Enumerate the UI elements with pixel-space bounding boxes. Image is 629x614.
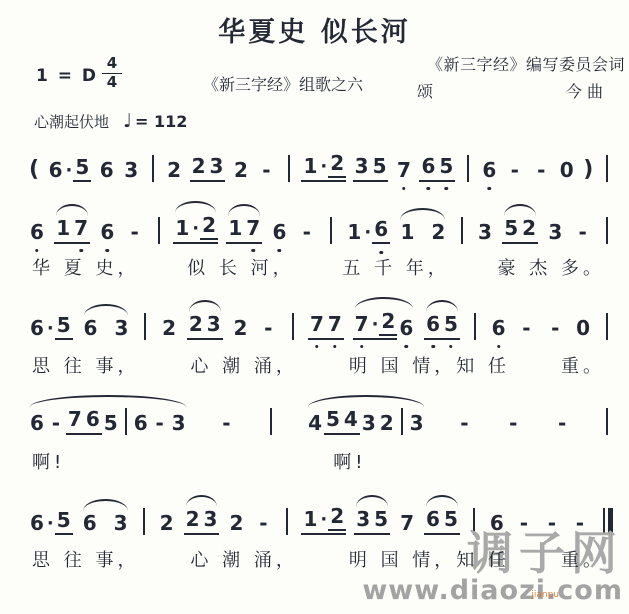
note: 5 <box>442 508 460 531</box>
note: 3 <box>546 221 564 244</box>
note: 2 <box>184 508 202 531</box>
note: 5 <box>55 509 73 535</box>
lyric-phrase: 思 往 事， <box>32 546 139 572</box>
octave-dot-low <box>79 249 83 253</box>
augmentation-dot: · <box>191 219 200 240</box>
note: 2 <box>187 313 205 336</box>
barline <box>144 313 146 340</box>
barline <box>152 155 154 182</box>
note: 3 <box>353 155 371 178</box>
note-group: 6·5 <box>28 509 73 535</box>
octave-dot-low <box>405 345 409 349</box>
note: 5 <box>442 313 460 336</box>
augmentation-dot: · <box>65 161 74 182</box>
slur-arc <box>426 495 458 507</box>
quarter-note-icon: ♩ <box>109 110 135 132</box>
slur-arc <box>83 499 128 511</box>
augmentation-dot: · <box>371 315 380 336</box>
key-signature: 1 = D <box>36 66 98 86</box>
note-group: 1·2 <box>301 505 346 535</box>
time-signature-denominator: 4 <box>102 74 122 91</box>
note: 2 <box>165 159 183 182</box>
octave-dot-low <box>402 187 406 191</box>
duration-dash: - <box>125 221 145 244</box>
lyric-phrase: 思 往 事， <box>32 352 139 378</box>
octave-dot-low <box>315 345 319 349</box>
barline <box>288 155 290 182</box>
barline <box>606 155 608 182</box>
note: 7 <box>244 217 262 240</box>
time-signature-numerator: 4 <box>102 56 122 74</box>
octave-dot-low <box>360 345 364 349</box>
note-group: 12 <box>398 221 447 244</box>
slur-arc <box>228 204 260 216</box>
note: 2 <box>200 214 218 240</box>
note: 3 <box>408 412 426 435</box>
note: 2 <box>232 317 250 340</box>
duration-dash: - <box>454 412 474 435</box>
note: 3 <box>205 313 223 336</box>
rest-note: 0 <box>558 159 576 182</box>
barline <box>286 508 288 535</box>
note: 6 <box>490 317 508 340</box>
note: 6 <box>424 508 442 531</box>
note: 7 <box>326 313 344 336</box>
barline <box>401 408 403 435</box>
note: 6 <box>28 412 46 435</box>
note-group: 1·6 <box>345 218 390 244</box>
barline <box>270 408 272 435</box>
note: 2 <box>232 159 250 182</box>
note: 2 <box>190 155 208 178</box>
octave-dot-low <box>333 345 337 349</box>
note: 3 <box>354 508 372 531</box>
slur-arc <box>189 300 221 312</box>
lyrics-line-3: 啊!啊! <box>32 448 605 474</box>
lyric-phrase: 华 夏 史， <box>32 254 139 280</box>
note: 6 <box>132 412 150 435</box>
slur-arc <box>426 300 458 312</box>
duration-dash: - <box>516 317 536 340</box>
time-signature: 4 4 <box>102 56 122 91</box>
note: 3 <box>360 412 378 435</box>
note: 7 <box>353 313 371 336</box>
note-group: 76 <box>66 408 102 435</box>
duration-dash: - <box>258 317 278 340</box>
lyrics-line-1: 华 夏 史，似 长 河，五 千 年，豪 杰 多。 <box>32 254 605 280</box>
lyrics-line-4: 思 往 事，心 潮 涌，明 国 情，知 任重。 <box>32 546 605 572</box>
note: 7 <box>395 159 413 182</box>
note-group: 77 <box>308 313 344 340</box>
note: 1 <box>398 221 416 244</box>
augmentation-dot: · <box>363 223 372 244</box>
duration-dash: - <box>150 412 170 435</box>
composer-name-last: 今 曲 <box>566 79 603 102</box>
series-label: 《新三字经》组歌之六 <box>168 72 398 95</box>
octave-dot-low <box>497 345 501 349</box>
duration-dash: - <box>297 221 317 244</box>
duration-dash: - <box>552 412 572 435</box>
slur-arc <box>84 304 129 316</box>
note: 3 <box>208 155 226 178</box>
note: 5 <box>437 155 455 178</box>
note: 6 <box>81 512 99 535</box>
augmentation-dot: · <box>319 157 328 178</box>
octave-dot-low <box>278 249 282 253</box>
score-line-3: 6-7656-3-454323--- <box>28 408 613 435</box>
note-group: 17 <box>54 217 90 244</box>
note: 5 <box>502 217 520 240</box>
note-group: 63 <box>81 512 130 535</box>
note: 2 <box>429 221 447 244</box>
slur-arc <box>356 495 388 507</box>
note: 6 <box>480 159 498 182</box>
slur-arc <box>175 201 216 213</box>
note: 6 <box>28 512 46 535</box>
barline <box>474 313 476 340</box>
note: 5 <box>102 412 120 435</box>
slur-arc <box>400 208 445 220</box>
octave-dot-low <box>251 249 255 253</box>
octave-dot-low <box>106 249 110 253</box>
note-group: 23 <box>187 313 223 340</box>
barline <box>461 217 463 244</box>
tempo-expression: 心潮起伏地 <box>34 113 109 131</box>
note: 3 <box>476 221 494 244</box>
score-line-2: 6·5632232-777·26656--0 <box>28 310 613 340</box>
lyrics-line-2: 思 往 事，心 潮 涌，明 国 情，知 任重。 <box>32 352 605 378</box>
slur-arc <box>308 395 424 407</box>
lyric-phrase: 五 千 年， <box>342 254 449 280</box>
note-group: 52 <box>502 217 538 244</box>
tempo-marking: 心潮起伏地♩= 112 <box>34 110 187 132</box>
note: 2 <box>379 310 397 336</box>
note: 7 <box>72 217 90 240</box>
music-sheet: 华夏史 似长河 1 = D 4 4 《新三字经》组歌之六 《新三字经》编写委员会… <box>0 0 629 614</box>
note-group: 23 <box>190 155 226 182</box>
note: 7 <box>308 313 326 336</box>
score-line-1: 6176-1·2176-1·6123523- <box>28 214 613 244</box>
note: 2 <box>328 505 346 531</box>
note-group: 65 <box>419 155 455 182</box>
octave-dot-low <box>427 187 431 191</box>
note: 5 <box>371 155 389 178</box>
note: 6 <box>98 221 116 244</box>
note: 6 <box>424 313 442 336</box>
lyric-phrase: 明 国 情，知 任 <box>349 352 510 378</box>
note: 2 <box>158 512 176 535</box>
composer-name-first: 颂 <box>417 79 433 102</box>
barline <box>143 508 145 535</box>
watermark-site-url: www.diaozi.com <box>362 576 623 606</box>
note: 6 <box>28 317 46 340</box>
parenthesis: ) <box>582 157 594 182</box>
note: 3 <box>112 512 130 535</box>
augmentation-dot: · <box>319 510 328 531</box>
page-title: 华夏史 似长河 <box>0 10 629 49</box>
note: 6 <box>98 159 116 182</box>
note-group: 63 <box>82 317 131 340</box>
note: 2 <box>227 512 245 535</box>
lyric-phrase: 啊! <box>333 448 366 474</box>
parenthesis: ( <box>28 157 40 182</box>
note-group: 65 <box>424 313 460 340</box>
note: 1 <box>301 155 319 178</box>
note: 3 <box>202 508 220 531</box>
note: 6 <box>82 317 100 340</box>
duration-dash: - <box>573 221 593 244</box>
tempo-bpm: = 112 <box>135 112 187 131</box>
lyric-phrase: 明 国 情，知 任 <box>349 546 510 572</box>
note: 6 <box>419 155 437 178</box>
barline <box>606 313 608 340</box>
barline <box>292 313 294 340</box>
note: 1 <box>54 217 72 240</box>
barline <box>606 217 608 244</box>
note: 2 <box>520 217 538 240</box>
barline <box>467 155 469 182</box>
note-group: 1·2 <box>173 214 218 244</box>
note: 1 <box>173 217 191 240</box>
note: 2 <box>378 412 396 435</box>
composer-credit: 颂 今 曲 <box>387 75 625 102</box>
note: 2 <box>160 317 178 340</box>
barline <box>606 408 608 435</box>
slur-arc <box>504 204 536 216</box>
credits-block: 《新三字经》编写委员会词 颂 今 曲 <box>387 52 625 102</box>
note-group: 17 <box>226 217 262 244</box>
lyric-phrase: 心 潮 涌， <box>190 546 297 572</box>
duration-dash: - <box>503 412 523 435</box>
note-group: 1·2 <box>301 152 346 182</box>
barline <box>125 408 127 435</box>
lyric-phrase: 似 长 河， <box>187 254 294 280</box>
note: 2 <box>328 152 346 178</box>
duration-dash: - <box>505 159 525 182</box>
duration-dash: - <box>545 317 565 340</box>
score-line-intro: (6·5632232-1·2357656--0) <box>28 152 613 182</box>
barline <box>330 217 332 244</box>
octave-dot-low <box>35 249 39 253</box>
note: 4 <box>306 412 324 435</box>
note: 6 <box>47 159 65 182</box>
note: 4 <box>342 408 360 431</box>
note: 3 <box>122 159 140 182</box>
augmentation-dot: · <box>46 319 55 340</box>
note: 7 <box>66 408 84 431</box>
note: 5 <box>73 156 91 182</box>
duration-dash: - <box>531 159 551 182</box>
duration-dash: - <box>216 412 236 435</box>
note: 5 <box>324 408 342 431</box>
lyric-phrase: 啊! <box>32 448 65 474</box>
note-group: 454323 <box>306 408 426 435</box>
octave-dot-low <box>488 187 492 191</box>
note: 5 <box>372 508 390 531</box>
slur-arc <box>186 495 218 507</box>
note-group: 7·26 <box>353 310 416 340</box>
note: 6 <box>397 317 415 340</box>
duration-dash: - <box>253 512 273 535</box>
duration-dash: - <box>46 412 66 435</box>
note: 1 <box>226 217 244 240</box>
octave-dot-low <box>431 345 435 349</box>
rest-note: 0 <box>574 317 592 340</box>
barline <box>158 217 160 244</box>
lyric-phrase: 心 潮 涌， <box>190 352 297 378</box>
note: 1 <box>345 221 363 244</box>
note: 6 <box>84 408 102 431</box>
augmentation-dot: · <box>46 514 55 535</box>
note-group: 7·2 <box>353 310 398 340</box>
note: 3 <box>170 412 188 435</box>
watermark-fineprint: jianpu <box>531 590 559 600</box>
note: 6 <box>271 221 289 244</box>
octave-dot-low <box>449 345 453 349</box>
note-group: 6·5 <box>47 156 92 182</box>
lyric-phrase: 豪 杰 多。 <box>498 254 605 280</box>
note-group: 6·5 <box>28 314 73 340</box>
duration-dash: - <box>256 159 276 182</box>
note: 3 <box>112 317 130 340</box>
note-group: 23 <box>184 508 220 535</box>
note: 6 <box>372 218 390 244</box>
note: 6 <box>28 221 46 244</box>
note: 5 <box>55 314 73 340</box>
slur-arc <box>30 395 186 407</box>
note-group: 6-7656-3 <box>28 408 188 435</box>
note-group: 35 <box>353 155 389 182</box>
note: 1 <box>301 508 319 531</box>
note-group: 54 <box>324 408 360 435</box>
slur-arc <box>355 297 414 309</box>
octave-dot-low <box>445 187 449 191</box>
slur-arc <box>56 204 88 216</box>
lyric-phrase: 重。 <box>561 352 605 378</box>
lyric-phrase: 重。 <box>561 546 605 572</box>
lyricist-credit: 《新三字经》编写委员会词 <box>387 52 625 75</box>
